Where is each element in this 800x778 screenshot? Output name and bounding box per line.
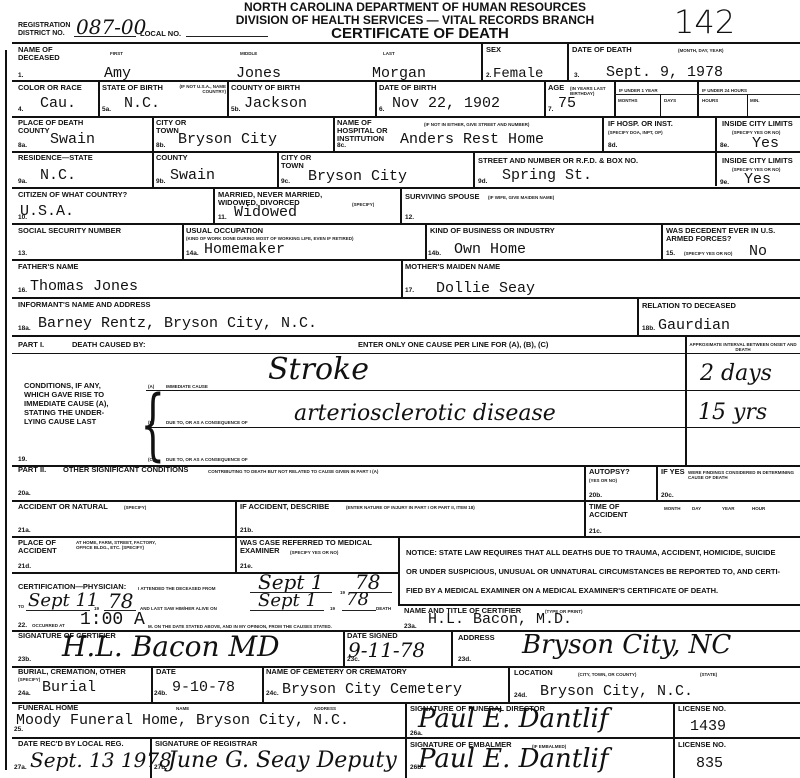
disposition-date-value: 9-10-78 [172,680,235,696]
field-num: 12. [405,214,414,221]
inside-city-8-value: Yes [752,136,779,152]
min-label: MIN. [750,98,760,103]
state-of-birth-label: STATE OF BIRTH [102,84,163,92]
location-sub: (CITY, TOWN, OR COUNTY) [578,672,636,677]
rule [398,538,400,604]
rule [685,335,687,467]
enter-one-label: ENTER ONLY ONE CAUSE PER LINE FOR (a), (… [358,341,548,349]
field-num: 8c. [337,142,346,149]
age-label: AGE [548,84,564,92]
funeral-home-name-sub: NAME [176,706,189,711]
name-label: NAME OF DECEASED [18,46,68,62]
rule [213,187,215,223]
registrar-sig-value: June G. Seay Deputy [168,748,397,773]
accident-natural-sub: (SPECIFY) [124,505,146,510]
field-num: 21a. [18,527,31,534]
local-no-label: LOCAL NO. [140,30,181,38]
if-accident-label: IF ACCIDENT, DESCRIBE [240,503,329,511]
field-num: 24d. [514,692,527,699]
under-24-hours-label: IF UNDER 24 HOURS [702,88,747,93]
last-saw-year: 78 [346,589,369,610]
disposition-date-label: DATE [156,668,176,676]
mother-value: Dollie Seay [436,281,535,297]
other-conditions-label: OTHER SIGNIFICANT CONDITIONS [63,466,188,474]
inside-city-9-value: Yes [744,172,771,188]
hospital-value: Anders Rest Home [400,132,544,148]
conditions-line-5: LYING CAUSE LAST [24,418,96,426]
mother-label: MOTHER'S MAIDEN NAME [405,263,500,271]
local-no-line [186,36,268,37]
field-num: 22. [18,622,27,629]
relation-value: Gaurdian [658,318,730,334]
notice-line-3: FIED BY A MEDICAL EXAMINER ON A MEDICAL … [406,586,718,595]
cause-c-label: DUE TO, OR AS A CONSEQUENCE OF [166,457,248,462]
rule [152,116,154,151]
address-label: ADDRESS [458,634,495,642]
to-prefix: TO [18,604,24,609]
part2-label: PART II. [18,466,46,474]
time-month: MONTH [664,506,681,511]
time-day: DAY [692,506,701,511]
field-num: 9e. [720,179,729,186]
date-of-death-label: DATE OF DEATH [572,46,632,54]
days-label: DAYS [664,98,676,103]
certificate-title: CERTIFICATE OF DEATH [290,26,550,42]
first-label: FIRST [110,51,123,56]
occupation-value: Homemaker [204,242,285,258]
other-conditions-sub: CONTRIBUTING TO DEATH BUT NOT RELATED TO… [208,469,378,474]
rule [400,187,402,223]
place-city-value: Bryson City [178,132,277,148]
disposition-method-label: BURIAL, CREMATION, OTHER [18,668,126,676]
field-num: 3. [574,72,579,79]
embalmer-license-label: LICENSE NO. [678,741,726,749]
residence-street-value: Spring St. [502,168,592,184]
field-num: 5a. [102,106,111,113]
if-yes-sub: WERE FINDINGS CONSIDERED IN DETERMINING … [688,470,798,480]
hosp-inst-label: IF HOSP. OR INST. [608,120,673,128]
rule [401,259,403,297]
signature-value: H.L. Bacon MD [62,630,280,663]
rule [343,630,345,666]
rule [12,151,800,153]
notice-line-2: OR UNDER SUSPICIOUS, UNUSUAL OR UNNATURA… [406,567,780,576]
rule [661,223,663,259]
rule [333,116,335,151]
rule [12,737,800,739]
rule [508,666,510,702]
residence-county-value: Swain [170,168,215,184]
rule [602,116,604,151]
year-prefix: 19 [340,590,345,595]
attended-text: I ATTENDED THE DECEASED FROM [138,586,216,591]
death-caused-by-label: DEATH CAUSED BY: [72,341,145,349]
embalmer-license-value: 835 [696,756,723,772]
date-of-birth-label: DATE OF BIRTH [379,84,436,92]
field-num: 13. [18,250,27,257]
disposition-method-value: Burial [42,680,96,696]
place-of-accident-sub: AT HOME, FARM, STREET, FACTORY, OFFICE B… [76,540,171,550]
marital-sub: (SPECIFY) [352,202,374,207]
field-num: 20a. [18,490,31,497]
conditions-line-4: STATING THE UNDER- [24,409,104,417]
rule [405,702,407,778]
field-num: 8a. [18,142,27,149]
cause-b-interval: 15 yrs [698,400,767,425]
rule [12,572,400,574]
state-of-birth-value: N.C. [124,96,160,112]
spouse-sub: (IF WIFE, GIVE MAIDEN NAME) [488,195,554,200]
rule [451,630,453,666]
field-num: 5b. [231,106,240,113]
rule [98,80,100,116]
field-num: 21b. [240,527,253,534]
place-county-value: Swain [50,132,95,148]
armed-forces-label: WAS DECEDENT EVER IN U.S. ARMED FORCES? [666,227,800,243]
citizen-value: U.S.A. [20,204,74,220]
if-accident-sub: (ENTER NATURE OF INJURY IN PART I OR PAR… [346,505,475,510]
field-num: 6. [379,106,384,113]
rule [150,737,152,778]
interval-label: APPROXIMATE INTERVAL BETWEEN ONSET AND D… [688,342,798,352]
inside-city-9-label: INSIDE CITY LIMITS [722,157,793,165]
inside-city-8-label: INSIDE CITY LIMITS [722,120,793,128]
field-num: 11. [218,214,227,221]
disposition-method-sub: (SPECIFY) [18,677,40,682]
embalmer-sig-value: Paul E. Dantlif [418,744,608,774]
field-num: 24a. [18,690,31,697]
rule [12,187,800,189]
cause-c-prefix: (c) [148,457,154,462]
rule [152,151,154,187]
field-num: 7. [548,106,553,113]
field-num: 19. [18,456,27,463]
last-saw: Sept 1 [258,590,317,611]
residence-county-label: COUNTY [156,154,188,162]
business-label: KIND OF BUSINESS OR INDUSTRY [430,227,555,235]
rule [375,80,377,116]
registrar-date-label: DATE REC'D BY LOCAL REG. [18,740,124,748]
rule [673,702,675,778]
race-label: COLOR OR RACE [18,84,82,92]
rule [425,223,427,259]
relation-label: RELATION TO DECEASED [642,302,736,310]
funeral-home-address-sub: ADDRESS [314,706,336,711]
sex-value: Female [493,66,543,82]
cause-b-value: arteriosclerotic disease [294,401,556,426]
field-num: 8d. [608,142,617,149]
rule [12,223,800,225]
informant-label: INFORMANT'S NAME AND ADDRESS [18,301,150,309]
rule [262,666,264,702]
rule [481,42,483,82]
middle-label: MIDDLE [240,51,257,56]
field-num: 8b. [156,142,165,149]
residence-city-value: Bryson City [308,169,407,185]
to-date: Sept 11 [28,590,98,611]
referred-sub: (SPECIFY YES OR NO) [290,550,338,555]
field-num: 27a. [14,764,27,771]
rule [146,427,800,428]
year-prefix: 19 [330,606,335,611]
occurred-at-label: OCCURRED AT [32,623,65,628]
address-value: Bryson City, NC [522,630,731,660]
rule [12,42,800,44]
ssn-label: SOCIAL SECURITY NUMBER [18,227,121,235]
rule [182,223,184,259]
page-number: 142 [674,3,735,41]
field-num: 8e. [720,142,729,149]
residence-street-label: STREET AND NUMBER OR R.F.D. & BOX NO. [478,157,638,165]
occupation-label: USUAL OCCUPATION [186,227,263,235]
citizen-label: CITIZEN OF WHAT COUNTRY? [18,191,127,199]
brace: { [140,386,165,464]
race-value: Cau. [40,96,76,112]
rule [342,610,376,611]
date-of-death-sub: (MONTH, DAY, YEAR) [678,48,724,53]
field-num: 9d. [478,178,487,185]
rule [12,116,800,118]
field-num: 1. [18,72,23,79]
armed-forces-value: No [749,244,767,260]
notice-line-1: NOTICE: STATE LAW REQUIRES THAT ALL DEAT… [406,548,775,557]
rule [637,297,639,335]
state-of-birth-sub: (IF NOT U.S.A., NAME COUNTRY) [172,84,226,94]
location-value: Bryson City, N.C. [540,684,693,700]
marital-value: Widowed [234,205,297,221]
director-license-label: LICENSE NO. [678,705,726,713]
stated-text: M. ON THE DATE STATED ABOVE, AND IN MY O… [148,624,332,629]
conditions-line-1: CONDITIONS, IF ANY, [24,382,101,390]
residence-state-value: N.C. [40,168,76,184]
hours-label: HOURS [702,98,718,103]
time-year: YEAR [722,506,735,511]
place-of-accident-label: PLACE OF ACCIDENT [18,539,68,555]
rule [12,536,800,538]
sex-label: SEX [486,46,501,54]
residence-state-label: RESIDENCE—STATE [18,154,93,162]
last-label: LAST [383,51,395,56]
under-1-year-label: IF UNDER 1 YEAR [619,88,658,93]
field-num: 23d. [458,656,471,663]
rule [473,151,475,187]
hosp-inst-sub: (Specify DOA, Inpt, OP) [608,130,663,135]
rule [227,80,229,116]
field-num: 21c. [589,528,602,535]
rule [250,610,324,611]
rule [12,259,800,261]
funeral-home-label: FUNERAL HOME [18,704,78,712]
rule [697,80,699,116]
rule [12,353,800,354]
field-num: 18b. [642,325,655,332]
cause-b-prefix: (b) [148,420,154,425]
spouse-label: SURVIVING SPOUSE [405,193,479,201]
rule [277,151,279,187]
conditions-line-3: IMMEDIATE CAUSE (a), [24,400,108,408]
age-sub: (IN YEARS LAST BIRTHDAY) [570,86,614,96]
rule [567,42,569,82]
county-of-birth-label: COUNTY OF BIRTH [231,84,300,92]
conditions-line-2: WHICH GAVE RISE TO [24,391,104,399]
field-num: 15. [666,250,675,257]
accident-natural-label: ACCIDENT OR NATURAL [18,503,108,511]
hospital-sub: (IF NOT IN EITHER, GIVE STREET AND NUMBE… [424,122,529,127]
registration-label: REGISTRATION DISTRICT NO. [18,22,72,38]
field-num: 9a. [18,178,27,185]
cause-a-label: IMMEDIATE CAUSE [166,384,208,389]
time-hour: HOUR [752,506,765,511]
field-num: 20b. [589,492,602,499]
certifier-name-value: H.L. Bacon, M.D. [428,612,572,628]
time-of-death-value: 1:00 A [80,611,145,629]
rule [151,666,153,702]
cause-b-label: DUE TO, OR AS A CONSEQUENCE OF [166,420,248,425]
field-num: 21d. [18,563,31,570]
autopsy-label: AUTOPSY? [589,468,630,476]
rule [614,94,800,95]
age-value: 75 [558,96,576,112]
state-sub: (STATE) [700,672,717,677]
time-of-accident-label: TIME OF ACCIDENT [589,503,639,519]
father-value: Thomas Jones [30,279,138,295]
left-border [5,50,7,770]
rule [146,390,800,391]
first-name-value: Amy [104,66,131,82]
autopsy-sub: (YES OR NO) [589,478,617,483]
armed-forces-sub: (SPECIFY YES OR NO) [684,251,732,256]
cause-a-value: Stroke [268,352,369,387]
rule [12,335,800,337]
rule [656,465,658,501]
rule [614,80,616,116]
informant-value: Barney Rentz, Bryson City, N.C. [38,316,317,332]
field-num: 27b. [154,764,167,771]
field-num: 24b. [154,690,167,697]
father-label: FATHER'S NAME [18,263,78,271]
field-num: 4. [18,106,23,113]
field-num: 24c. [266,690,279,697]
death-suffix: DEATH [376,606,391,611]
rule [660,94,661,116]
rule [12,500,800,502]
date-of-death-value: Sept. 9, 1978 [606,65,723,81]
months-label: MONTHS [618,98,638,103]
cemetery-value: Bryson City Cemetery [282,682,462,698]
part1-label: PART I. [18,341,44,349]
last-name-value: Morgan [372,66,426,82]
field-num: 14b. [428,250,441,257]
field-num: 14a. [186,250,199,257]
registrar-sig-label: SIGNATURE OF REGISTRAR [155,740,257,748]
location-label: LOCATION [514,669,553,677]
rule [12,297,800,299]
cemetery-label: NAME OF CEMETERY OR CREMATORY [266,668,407,676]
business-value: Own Home [454,242,526,258]
hospital-label: NAME OF HOSPITAL OR INSTITUTION [337,119,397,143]
middle-name-value: Jones [236,66,281,82]
cause-a-interval: 2 days [700,361,772,386]
registration-line [74,36,136,37]
if-yes-label: IF YES [661,468,685,476]
rule [747,94,748,116]
field-num: 21e. [240,563,253,570]
rule [715,116,717,186]
date-signed-value: 9-11-78 [348,638,425,662]
field-num: 20c. [661,492,674,499]
field-num: 9b. [156,178,165,185]
county-of-birth-value: Jackson [244,96,307,112]
date-of-birth-value: Nov 22, 1902 [392,96,500,112]
field-num: 17. [405,287,414,294]
rule [544,80,546,116]
field-num: 2. [486,72,491,79]
director-sig-value: Paul E. Dantlif [418,704,608,734]
field-num: 23a. [404,623,417,630]
field-num: 16. [18,287,27,294]
director-license-value: 1439 [690,719,726,735]
field-num: 18a. [18,325,31,332]
funeral-home-value: Moody Funeral Home, Bryson City, N.C. [16,713,349,729]
field-num: 23b. [18,656,31,663]
cause-a-prefix: (a) [148,384,154,389]
last-saw-text: AND LAST SAW HIM/HER ALIVE ON [140,606,217,611]
field-num: 9c. [281,178,290,185]
